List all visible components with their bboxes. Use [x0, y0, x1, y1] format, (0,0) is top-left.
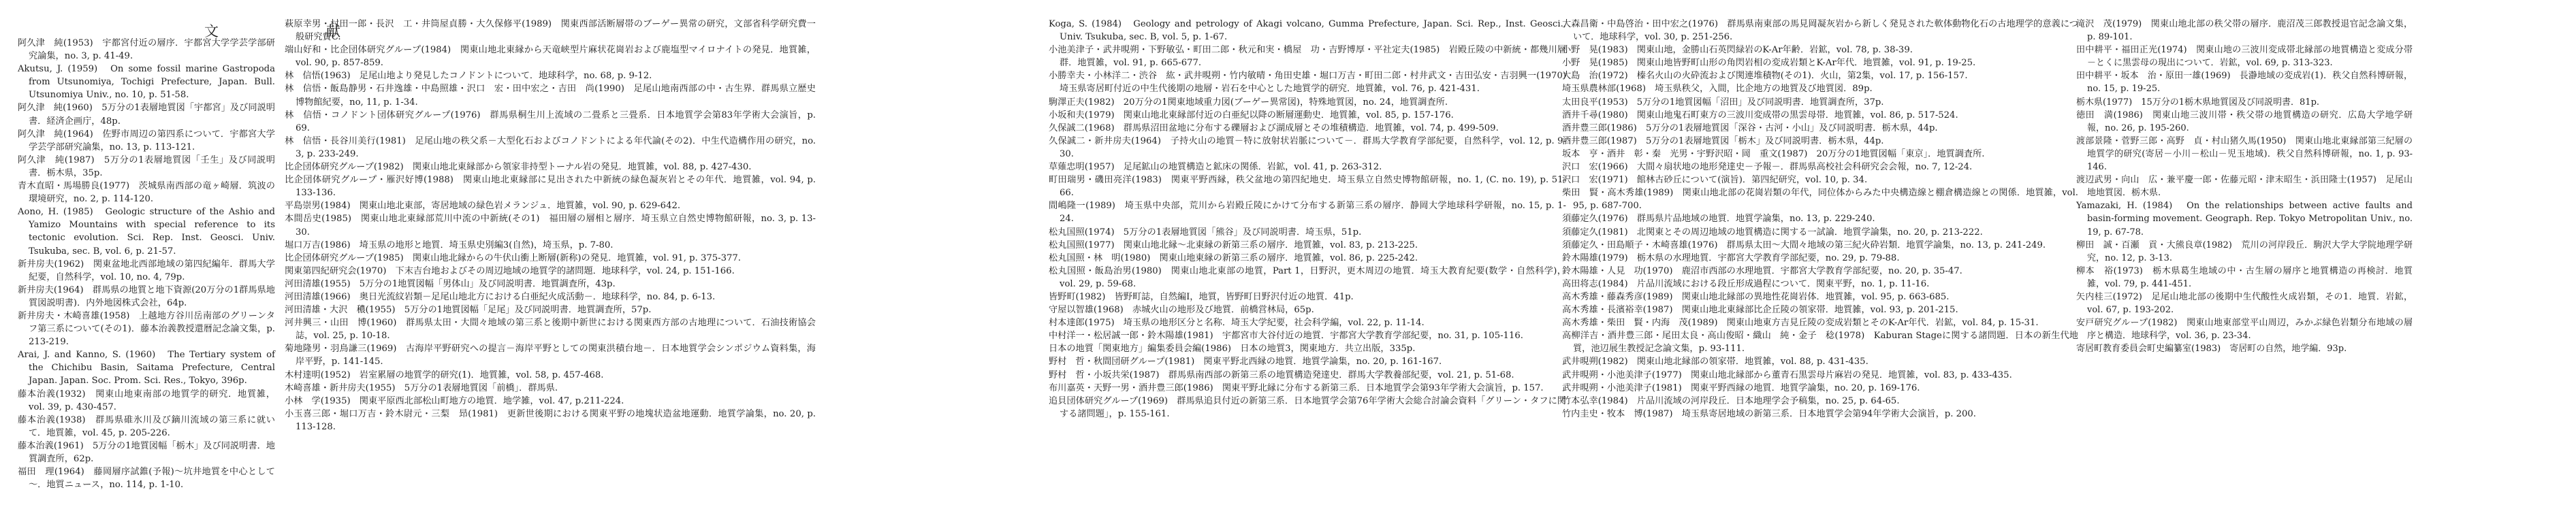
reference-entry: 田中耕平・福田正光(1974) 関東山地の三波川変成帯北縁部の地質構造と変成分帯… [2076, 44, 2413, 69]
reference-page: 文 献 阿久津 純(1953) 宇都宮付近の層序．宇都宮大学学芸学部研究論集，n… [0, 0, 2576, 509]
reference-entry: Arai, J. and Kanno, S. (1960) The Tertia… [18, 348, 275, 387]
reference-entry: 林 信悟・長谷川美行(1981) 足尾山地の秩父系－大型化石およびコノドントによ… [285, 135, 816, 161]
reference-entry: 栃木県(1977) 15万分の1栃木県地質図及び同説明書．81p. [2076, 96, 2413, 109]
reference-entry: 草薙忠明(1957) 足尾鉱山の地質構造と鉱床の関係．岩鉱，vol. 41, p… [1049, 161, 1566, 174]
reference-column-4: 大森昌衛・中島啓治・田中宏之(1976) 群馬県南東部の馬見岡凝灰岩から新しく発… [1562, 18, 2078, 421]
reference-entry: Akutsu, J. (1959) On some fossil marine … [18, 63, 275, 101]
reference-entry: 安戸研究グループ(1982) 関東山地東部堂平山周辺，みかぶ緑色岩類分布地域の層… [2076, 316, 2413, 342]
reference-entry: 皆野町(1982) 皆野町誌，自然編Ⅰ，地質，皆野町日野沢付近の地質．41p. [1049, 291, 1566, 303]
reference-entry: 藤本治義(1938) 群馬県碓氷川及び鏑川流域の第三系に就いて．地質雑，vol.… [18, 414, 275, 440]
reference-entry: 藤本治義(1961) 5万分の1地質図幅「栃木」及び同説明書．地質調査所，62p… [18, 440, 275, 465]
reference-entry: 久保誠二・新井房夫(1964) 子持火山の地質－特に放射状岩脈について－．群馬大… [1049, 135, 1566, 161]
reference-entry: 寄居町教育委員会町史編纂室(1983) 寄居町の自然，地学編．93p. [2076, 342, 2413, 355]
reference-entry: 竹内圭史・牧本 博(1987) 埼玉県寄居地域の新第三系．日本地質学会第94年学… [1562, 408, 2078, 421]
reference-entry: 松丸国照(1977) 関東山地北縁～北東縁の新第三系の層序．地質雑，vol. 8… [1049, 239, 1566, 252]
reference-entry: 河井興三・山田 博(1960) 群馬県太田・大間々地域の第三系と後期中新世におけ… [285, 316, 816, 342]
reference-entry: 徳田 満(1986) 関東山地三波川帯・秩父帯の地質構造の研究．広島大学地学研報… [2076, 109, 2413, 135]
reference-entry: 阿久津 純(1964) 佐野市周辺の第四系について．宇都宮大学学芸学部研究論集，… [18, 128, 275, 154]
reference-entry: 小池美津子・武井晛朔・下野敏弘・町田二郎・秋元和実・橋屋 功・吉野博厚・平社定夫… [1049, 44, 1566, 69]
reference-entry: 太田良平(1953) 5万分の1地質図幅「沼田」及び同説明書．地質調査所，37p… [1562, 96, 2078, 109]
reference-entry: 鈴木陽雄(1979) 栃木県の水理地質．宇都宮大学教育学部紀要，no. 29, … [1562, 252, 2078, 265]
reference-entry: 柴田 賢・高木秀雄(1989) 関東山地北部の花崗岩類の年代，同位体からみた中央… [1562, 186, 2078, 212]
reference-entry: 高木秀雄・長濱裕幸(1987) 関東山地北東縁部比企丘陵の領家帯．地質雑，vol… [1562, 303, 2078, 316]
reference-entry: 本間岳史(1985) 関東山地北東縁部荒川中流の中新統(その1) 福田層の層相と… [285, 212, 816, 238]
reference-entry: 守屋以智雄(1968) 赤城火山の地形及び地質．前橋営林局，65p. [1049, 303, 1566, 316]
reference-entry: 菊地隆男・羽鳥謙三(1969) 古海岸平野研究への提言－海岸平野としての関東洪積… [285, 342, 816, 368]
reference-entry: 高田将志(1984) 片品川流域における段丘形成過程について．関東平野，no. … [1562, 278, 2078, 291]
reference-entry: Aono, H. (1985) Geologic structure of th… [18, 206, 275, 257]
reference-entry: 新井房夫(1964) 群馬県の地質と地下資源(20万分の1群馬県地質図説明書)．… [18, 284, 275, 310]
reference-entry: 須藤定久(1981) 北関東とその周辺地域の地質構造に関する一試論．地質学論集，… [1562, 226, 2078, 239]
reference-entry: 大森昌衛・中島啓治・田中宏之(1976) 群馬県南東部の馬見岡凝灰岩から新しく発… [1562, 18, 2078, 44]
reference-entry: 柳田 誠・百瀬 貢・大熊良章(1982) 荒川の河岸段丘．駒沢大学大学院地理学研… [2076, 239, 2413, 265]
reference-entry: 村本達郎(1975) 埼玉県の地形区分と名称．埼玉大学紀要，社会科学編，vol.… [1049, 316, 1566, 329]
reference-entry: 日本の地質「関東地方」編集委員会編(1986) 日本の地質3，関東地方．共立出版… [1049, 342, 1566, 355]
reference-entry: 野村 哲・小坂共栄(1987) 群馬県南西部の新第三系の地質構造発達史．群馬大学… [1049, 369, 1566, 382]
reference-entry: 比企団体研究グループ・雁沢好博(1988) 関東山地北東縁部に見出された中新統の… [285, 174, 816, 199]
reference-entry: 松丸国照(1974) 5万分の1表層地質図「熊谷」及び同説明書．埼玉県，51p. [1049, 226, 1566, 239]
reference-entry: 酒井千尋(1980) 関東山地鬼石町東方の三波川変成帯の黒雲母帯．地質雑，vol… [1562, 109, 2078, 122]
reference-entry: 林 信悟(1963) 足尾山地より発見したコノドントについて．地球科学，no. … [285, 69, 816, 82]
reference-entry: 野村 哲・秋間団研グループ(1981) 関東平野北西縁の地質．地質学論集，no.… [1049, 355, 1566, 368]
reference-entry: 新井房夫(1962) 関東盆地北西部地域の第四紀編年．群馬大学紀要，自然科学，v… [18, 258, 275, 284]
reference-entry: 武井晛朔・小池美津子(1981) 関東平野西縁の地質．地質学論集，no. 20,… [1562, 382, 2078, 395]
reference-entry: 林 信悟・コノドント団体研究グループ(1976) 群馬県桐生川上流域の二畳系と三… [285, 109, 816, 135]
reference-entry: 沢口 宏(1966) 大間々扇状地の地形発達史－予報－．群馬県高校社会科研究会会… [1562, 161, 2078, 174]
reference-entry: 青木直昭・馬場勝良(1977) 茨城県南西部の竜ヶ崎層．筑波の環境研究，no. … [18, 180, 275, 206]
reference-entry: 小林 学(1935) 関東平原西北部松山町地方の地質．地学雑，vol. 47, … [285, 395, 816, 408]
reference-entry: 河田清雄・大沢 穠(1955) 5万分の1地質図幅「足尾」及び同説明書．地質調査… [285, 303, 816, 316]
reference-entry: 新井房夫・木崎喜雄(1958) 上越地方谷川岳南部のグリーンタフ第三系について(… [18, 310, 275, 348]
reference-entry: Koga, S. (1984) Geology and petrology of… [1049, 18, 1566, 44]
reference-entry: 武井晛朔・小池美津子(1977) 関東山地北縁部から董青石黒雲母片麻岩の発見．地… [1562, 369, 2078, 382]
reference-entry: 武井晛朔(1982) 関東山地北縁部の領家帯．地質雑，vol. 88, p. 4… [1562, 355, 2078, 368]
reference-entry: 久保誠二(1968) 群馬県沼田盆地に分布する礫層および湖成層とその堆積構造．地… [1049, 122, 1566, 135]
reference-entry: 松丸国照・林 明(1980) 関東山地東縁の新第三系の層序．地質雑，vol. 8… [1049, 252, 1566, 265]
reference-entry: 河田清雄(1955) 5万分の1地質図幅「男体山」及び同説明書．地質調査所，43… [285, 278, 816, 291]
reference-entry: 高柳洋吉・酒井豊三郎・尾田太良・高山俊昭・織山 純・金子 稔(1978) Kab… [1562, 329, 2078, 355]
reference-entry: 竹本弘幸(1984) 片品川流域の河岸段丘．日本地理学会予稿集，no. 25, … [1562, 395, 2078, 408]
reference-entry: 関東第四紀研究会(1970) 下末吉台地およびその周辺地域の地質学的諸問題．地球… [285, 265, 816, 278]
reference-entry: 堀口万吉(1986) 埼玉県の地形と地質．埼玉県史別編3(自然)，埼玉県，p. … [285, 239, 816, 252]
reference-entry: 小勝幸夫・小林洋二・渋谷 紘・武井晛朔・竹内敏晴・角田史雄・堀口万吉・町田二郎・… [1049, 69, 1566, 95]
reference-entry: 阿久津 純(1960) 5万分の1表層地質図「宇都宮」及び同説明書．経済企画庁，… [18, 101, 275, 127]
reference-entry: 矢内桂三(1972) 足尾山地北部の後期中生代酸性火成岩類，その1．地質．岩鉱，… [2076, 291, 2413, 316]
reference-entry: 布川嘉英・天野一男・酒井豊三郎(1986) 関東平野北縁に分布する新第三系．日本… [1049, 382, 1566, 395]
reference-column-2: 萩原幸男・村田一郎・長沢 工・井筒屋貞勝・大久保修平(1989) 関東西部活断層… [285, 18, 816, 433]
reference-entry: 渡辺武男・向山 広・兼平慶一郎・佐藤元昭・津末昭生・浜田隆士(1957) 足尾山… [2076, 174, 2413, 199]
reference-entry: 小坂和夫(1979) 関東山地北東縁部付近の白亜紀以降の断層運動史．地質雑，vo… [1049, 109, 1566, 122]
reference-entry: 端山好和・比企団体研究グループ(1984) 関東山地北東縁から天竜峡型片麻状花崗… [285, 44, 816, 69]
reference-entry: 比企団体研究グループ(1985) 関東山地北縁からの牛伏山衝上断層(新称)の発見… [285, 252, 816, 265]
reference-entry: 萩原幸男・村田一郎・長沢 工・井筒屋貞勝・大久保修平(1989) 関東西部活断層… [285, 18, 816, 44]
reference-column-3: Koga, S. (1984) Geology and petrology of… [1049, 18, 1566, 421]
reference-entry: 阿久津 純(1953) 宇都宮付近の層序．宇都宮大学学芸学部研究論集，no. 3… [18, 37, 275, 63]
reference-entry: 間嶋隆一(1989) 埼玉県中央部，荒川から岩殿丘陵にかけて分布する新第三系の層… [1049, 199, 1566, 225]
reference-entry: 河田清雄(1966) 奥日光流紋岩類－足尾山地北方における白亜紀火成活動－．地球… [285, 291, 816, 303]
reference-entry: 木崎喜雄・新井房夫(1955) 5万分の1表層地質図「前橋」．群馬県. [285, 382, 816, 395]
reference-entry: 田中耕平・坂本 治・原田一雄(1969) 長瀞地域の変成岩(1)．秩父自然科博研… [2076, 69, 2413, 95]
reference-entry: 須藤定久・田島順子・木崎喜雄(1976) 群馬県太田～大間々地域の第三紀火砕岩類… [1562, 239, 2078, 252]
reference-entry: 埼玉県農林部(1968) 埼玉県秩父，入間，比企地方の地質及び地質図．89p. [1562, 82, 2078, 95]
reference-entry: 小野 晃(1985) 関東山地皆野町山形の角閃岩相の変成岩類とK-Ar年代．地質… [1562, 56, 2078, 69]
reference-column-5: 滝沢 茂(1979) 関東山地北部の秩父帯の層序．鹿沼茂三郎教授退官記念論文集，… [2076, 18, 2413, 355]
reference-entry: 高木秀雄・柴田 賢・内海 茂(1989) 関東山地東方吉見丘陵の変成岩類とそのK… [1562, 316, 2078, 329]
reference-entry: 高木秀雄・藤森秀彦(1989) 関東山地北縁部の異地性花崗岩体．地質雑，vol.… [1562, 291, 2078, 303]
reference-entry: Yamazaki, H. (1984) On the relationships… [2076, 199, 2413, 238]
reference-entry: 福田 理(1964) 藤岡層序試錐(予報)～坑井地質を中心として～．地質ニュース… [18, 465, 275, 491]
reference-column-1: 阿久津 純(1953) 宇都宮付近の層序．宇都宮大学学芸学部研究論集，no. 3… [18, 37, 275, 491]
reference-entry: 松丸国照・飯島治男(1980) 関東山地北東部の地質，Part 1，日野沢，更木… [1049, 265, 1566, 291]
reference-entry: 中村洋一・松居誠一郎・鈴木陽雄(1981) 宇都宮市大谷付近の地質．宇都宮大学教… [1049, 329, 1566, 342]
reference-entry: 大島 治(1972) 榛名火山の火砕流および関連堆積物(その1)．火山，第2集，… [1562, 69, 2078, 82]
reference-entry: 阿久津 純(1987) 5万分の1表層地質図「壬生」及び同説明書．栃木県，35p… [18, 154, 275, 180]
reference-entry: 駒澤正夫(1982) 20万分の1関東地域重力図(ブーゲー異常図)，特殊地質図，… [1049, 96, 1566, 109]
reference-entry: 須藤定久(1976) 群馬県片品地域の地質．地質学論集，no. 13, p. 2… [1562, 212, 2078, 225]
reference-entry: 平島崇男(1984) 関東山地北東部，寄居地域の緑色岩メランジュ．地質雑，vol… [285, 199, 816, 212]
reference-entry: 坂本 亨・酒井 彰・秦 光男・宇野沢昭・岡 重文(1987) 20万分の1地質図… [1562, 148, 2078, 161]
reference-entry: 町田瑞男・磯田亮洋(1983) 関東平野西縁，秩父盆地の第四紀地史．埼玉県立自然… [1049, 174, 1566, 199]
reference-entry: 柳本 裕(1973) 栃木県葛生地域の中・古生層の層序と地質構造の再検討．地質雑… [2076, 265, 2413, 291]
reference-entry: 小玉喜三郎・堀口万吉・鈴木尉元・三梨 昻(1981) 更新世後期における関東平野… [285, 408, 816, 433]
reference-entry: 比企団体研究グループ(1982) 関東山地北東縁部から領家非持型トーナル岩の発見… [285, 161, 816, 174]
reference-entry: 小野 晃(1983) 関東山地，金勝山石英閃緑岩のK-Ar年齢．岩鉱，vol. … [1562, 44, 2078, 56]
reference-entry: 渡部景隆・菅野三郎・高野 貞・村山猪久馬(1950) 関東山地北東縁部第三紀層の… [2076, 135, 2413, 174]
reference-entry: 沢口 宏(1971) 館林古砂丘について(演旨)．第四紀研究，vol. 10, … [1562, 174, 2078, 186]
reference-entry: 木村達明(1952) 岩室累層の地質学的研究(1)．地質雑，vol. 58, p… [285, 369, 816, 382]
reference-entry: 酒井豊三郎(1987) 5万分の1表層地質図「栃木」及び同説明書．栃木県，44p… [1562, 135, 2078, 148]
reference-entry: 林 信悟・飯島静男・石井逸雄・中島照雄・沢口 宏・田中宏之・吉田 尚(1990)… [285, 82, 816, 108]
reference-entry: 藤本治義(1932) 関東山地東南部の地質学的研究．地質雑，vol. 39, p… [18, 388, 275, 414]
reference-entry: 鈴木陽雄・人見 功(1970) 鹿沼市西部の水理地質．宇都宮大学教育学部紀要，n… [1562, 265, 2078, 278]
reference-entry: 追貝団体研究グループ(1969) 群馬県追貝付近の新第三系．日本地質学会第76年… [1049, 395, 1566, 421]
reference-entry: 滝沢 茂(1979) 関東山地北部の秩父帯の層序．鹿沼茂三郎教授退官記念論文集，… [2076, 18, 2413, 44]
reference-entry: 酒井豊三郎(1986) 5万分の1表層地質図「深谷・古河・小山」及び同説明書．栃… [1562, 122, 2078, 135]
